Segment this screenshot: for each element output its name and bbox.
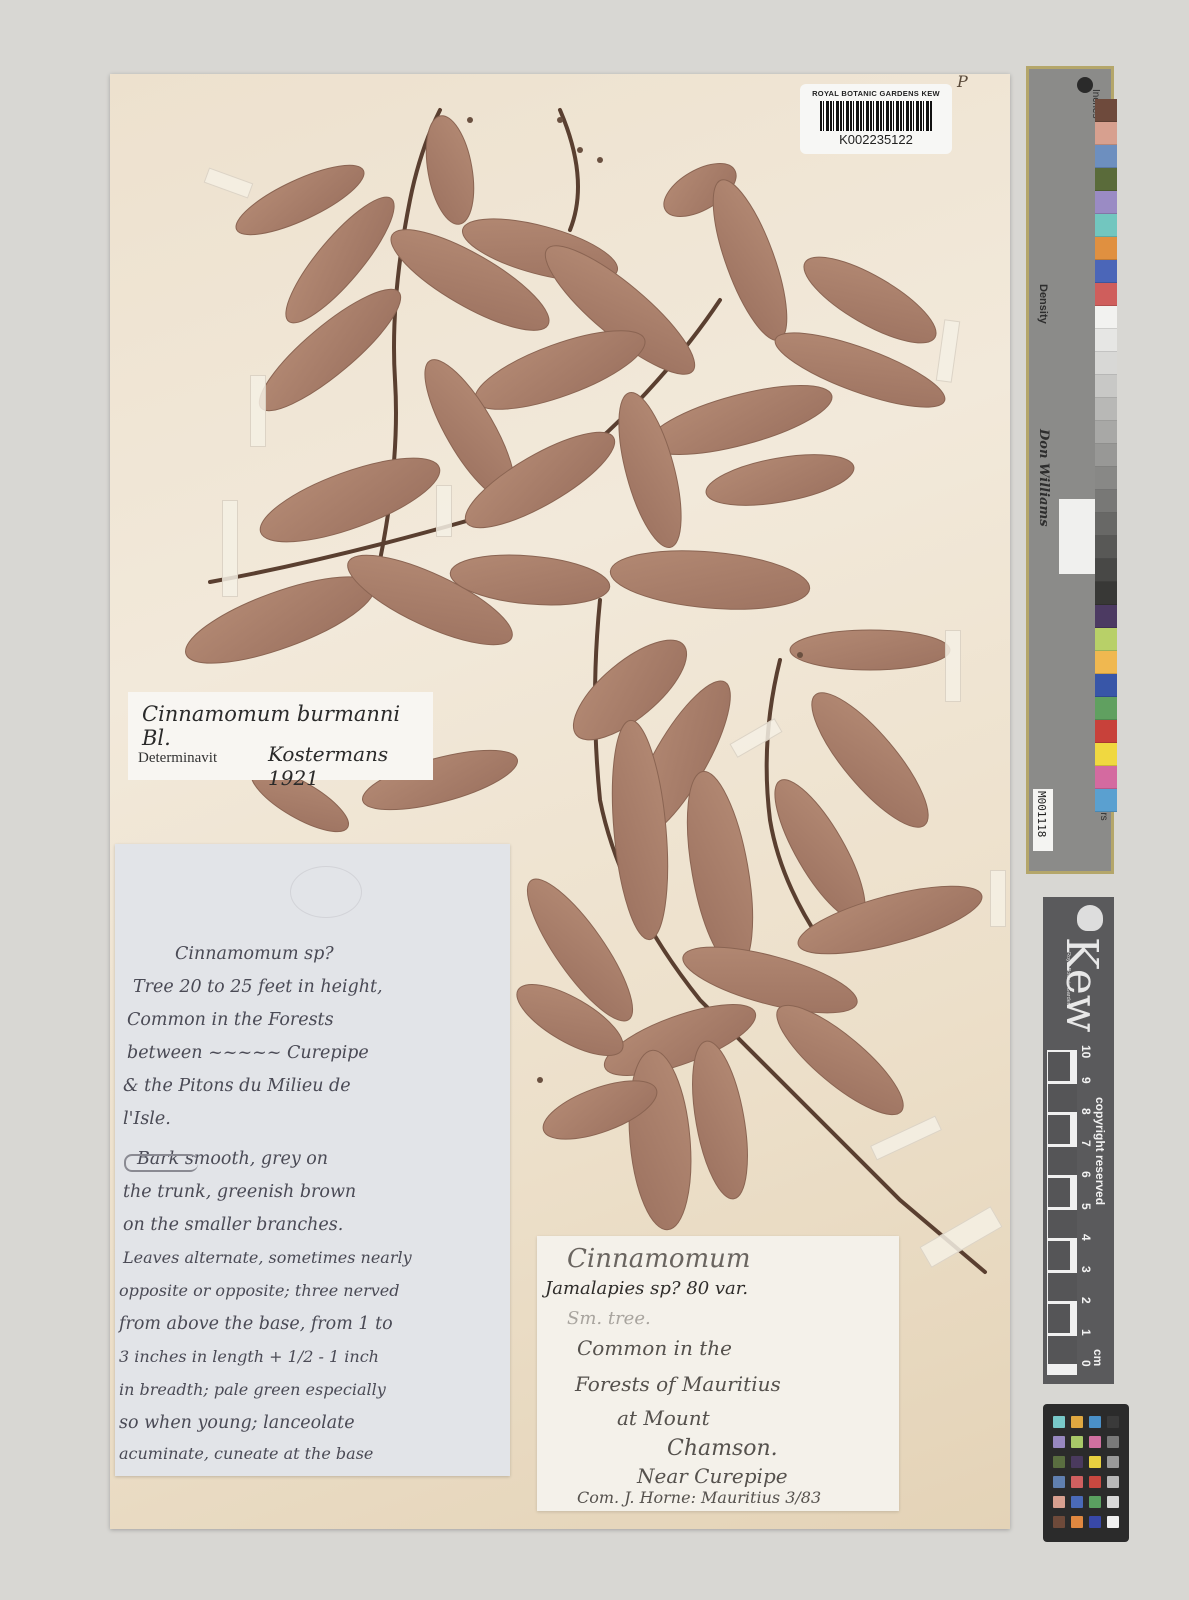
color-swatch (1095, 168, 1117, 191)
centimeter-ruler (1047, 1050, 1077, 1375)
ruler-number: 4 (1079, 1234, 1093, 1241)
note-line: the trunk, greenish brown (123, 1182, 518, 1202)
kew-scale-bar: Royal Botanic Gardens Kew copyright rese… (1043, 897, 1114, 1384)
color-swatch (1095, 398, 1117, 421)
note-line: at Mount (617, 1406, 710, 1430)
checker-patch (1089, 1516, 1101, 1528)
determinavit-text: Determinavit (138, 750, 217, 767)
color-swatch (1095, 214, 1117, 237)
ruler-block (1048, 1241, 1070, 1270)
copyright-text: copyright reserved (1093, 1097, 1107, 1205)
institution-name: ROYAL BOTANIC GARDENS KEW (800, 89, 952, 98)
color-checker-card (1043, 1404, 1129, 1542)
determination-label: Cinnamomum burmanni Bl. Determinavit Kos… (128, 692, 433, 780)
note-line: from above the base, from 1 to (119, 1314, 514, 1334)
ruler-block (1048, 1147, 1070, 1176)
barcode-icon (820, 101, 932, 131)
color-swatch (1095, 421, 1117, 444)
note-line: Near Curepipe (637, 1464, 788, 1488)
paperclip-icon (124, 1154, 198, 1172)
checker-patch (1089, 1436, 1101, 1448)
note-line: & the Pitons du Milieu de (123, 1076, 518, 1096)
color-swatch (1095, 559, 1117, 582)
note-line: Leaves alternate, sometimes nearly (123, 1248, 518, 1267)
note-line: Forests of Mauritius (575, 1372, 781, 1396)
color-swatch (1095, 260, 1117, 283)
color-swatch (1095, 674, 1117, 697)
checker-patch (1071, 1476, 1083, 1488)
ruler-number: 8 (1079, 1108, 1093, 1115)
checker-patch (1053, 1496, 1065, 1508)
color-swatch (1095, 513, 1117, 536)
ruler-block (1048, 1210, 1070, 1239)
checker-patch (1053, 1456, 1065, 1468)
ruler-number: 7 (1079, 1140, 1093, 1147)
ruler-number: 2 (1079, 1297, 1093, 1304)
color-swatch (1095, 490, 1117, 513)
note-line: Jamalapies sp? 80 var. (545, 1278, 748, 1299)
note-line: in breadth; pale green especially (119, 1380, 514, 1399)
ruler-block (1070, 1273, 1077, 1302)
note-line: Chamson. (667, 1436, 778, 1461)
color-swatch (1095, 99, 1117, 122)
color-swatches (1095, 99, 1117, 812)
note-line: Cinnamomum sp? (175, 944, 570, 964)
checker-patch (1089, 1496, 1101, 1508)
checker-patch (1053, 1516, 1065, 1528)
note-line: l'Isle. (123, 1109, 518, 1129)
checker-patch (1107, 1516, 1119, 1528)
color-swatch (1095, 789, 1117, 812)
ruler-block (1048, 1273, 1070, 1302)
ruler-block (1070, 1210, 1077, 1239)
color-calibration-strip: Inches Density Don Williams centimeters … (1026, 66, 1114, 874)
checker-patch (1107, 1456, 1119, 1468)
determiner-signature: Kostermans 1921 (268, 742, 433, 790)
mounting-tape (990, 870, 1006, 927)
color-swatch (1095, 329, 1117, 352)
checker-patch (1053, 1436, 1065, 1448)
kew-crest-icon (1077, 905, 1103, 931)
ruler-number: 9 (1079, 1077, 1093, 1084)
checker-patch (1107, 1436, 1119, 1448)
note-line: Cinnamomum (567, 1244, 751, 1274)
ruler-block (1070, 1336, 1077, 1365)
checker-patch (1071, 1516, 1083, 1528)
mounting-tape (436, 485, 452, 537)
ruler-block (1048, 1178, 1070, 1207)
field-note-right: Cinnamomum Jamalapies sp? 80 var. Sm. tr… (537, 1236, 899, 1511)
color-swatch (1095, 306, 1117, 329)
checker-patch (1053, 1476, 1065, 1488)
color-swatch (1095, 375, 1117, 398)
ruler-block (1048, 1336, 1070, 1365)
color-swatch (1095, 237, 1117, 260)
mounting-tape (222, 500, 238, 597)
note-line: Common in the (577, 1336, 732, 1360)
ruler-block (1048, 1304, 1070, 1333)
note-line: so when young; lanceolate (119, 1413, 514, 1433)
checker-patch (1107, 1416, 1119, 1428)
color-swatch (1095, 122, 1117, 145)
color-swatch (1095, 651, 1117, 674)
color-swatch (1095, 444, 1117, 467)
ruler-number: 6 (1079, 1171, 1093, 1178)
checker-patch (1071, 1496, 1083, 1508)
note-line: 3 inches in length + 1/2 - 1 inch (119, 1347, 514, 1366)
kew-logo: Kew (1056, 937, 1107, 1032)
checker-patch (1089, 1456, 1101, 1468)
color-swatch (1095, 605, 1117, 628)
note-line: between ~~~~~ Curepipe (127, 1043, 522, 1063)
mounting-tape (945, 630, 961, 702)
strip-id-label: M001118 (1033, 789, 1053, 851)
note-line: Common in the Forests (127, 1010, 522, 1030)
note-line: Sm. tree. (567, 1308, 651, 1329)
ruler-block (1048, 1052, 1070, 1081)
mounting-tape (250, 375, 266, 447)
ruler-number: 10 (1079, 1045, 1093, 1058)
color-swatch (1095, 536, 1117, 559)
ruler-block (1048, 1084, 1070, 1113)
color-swatch (1095, 191, 1117, 214)
color-swatch (1095, 467, 1117, 490)
color-swatch (1095, 582, 1117, 605)
ruler-number: 1 (1079, 1329, 1093, 1336)
barcode-number: K002235122 (800, 132, 952, 147)
checker-patch (1089, 1476, 1101, 1488)
checker-patch (1107, 1496, 1119, 1508)
checker-patch (1053, 1416, 1065, 1428)
checker-patch (1089, 1416, 1101, 1428)
checker-patch (1071, 1416, 1083, 1428)
note-line: acuminate, cuneate at the base (119, 1444, 514, 1463)
checker-patch (1071, 1436, 1083, 1448)
ruler-block (1070, 1147, 1077, 1176)
color-swatch (1095, 720, 1117, 743)
note-line: on the smaller branches. (123, 1215, 518, 1235)
ruler-number: 3 (1079, 1266, 1093, 1273)
checker-patch (1071, 1456, 1083, 1468)
note-line: Tree 20 to 25 feet in height, (133, 977, 528, 997)
color-swatch (1095, 743, 1117, 766)
ruler-block (1048, 1115, 1070, 1144)
note-line: opposite or opposite; three nerved (119, 1281, 514, 1300)
checker-patch (1107, 1476, 1119, 1488)
color-swatch (1095, 697, 1117, 720)
color-swatch (1095, 145, 1117, 168)
barcode-label: ROYAL BOTANIC GARDENS KEW K002235122 (800, 84, 952, 154)
ruler-number: 5 (1079, 1203, 1093, 1210)
color-swatch (1095, 628, 1117, 651)
density-label: Density (1037, 284, 1049, 324)
color-swatch (1095, 766, 1117, 789)
color-swatch (1095, 283, 1117, 306)
maker-label: Don Williams (1036, 429, 1051, 527)
ruler-block (1070, 1084, 1077, 1113)
embossed-seal-icon (290, 866, 362, 918)
cm-unit-label: cm (1091, 1349, 1105, 1366)
color-swatch (1095, 352, 1117, 375)
note-line: Com. J. Horne: Mauritius 3/83 (577, 1488, 821, 1507)
